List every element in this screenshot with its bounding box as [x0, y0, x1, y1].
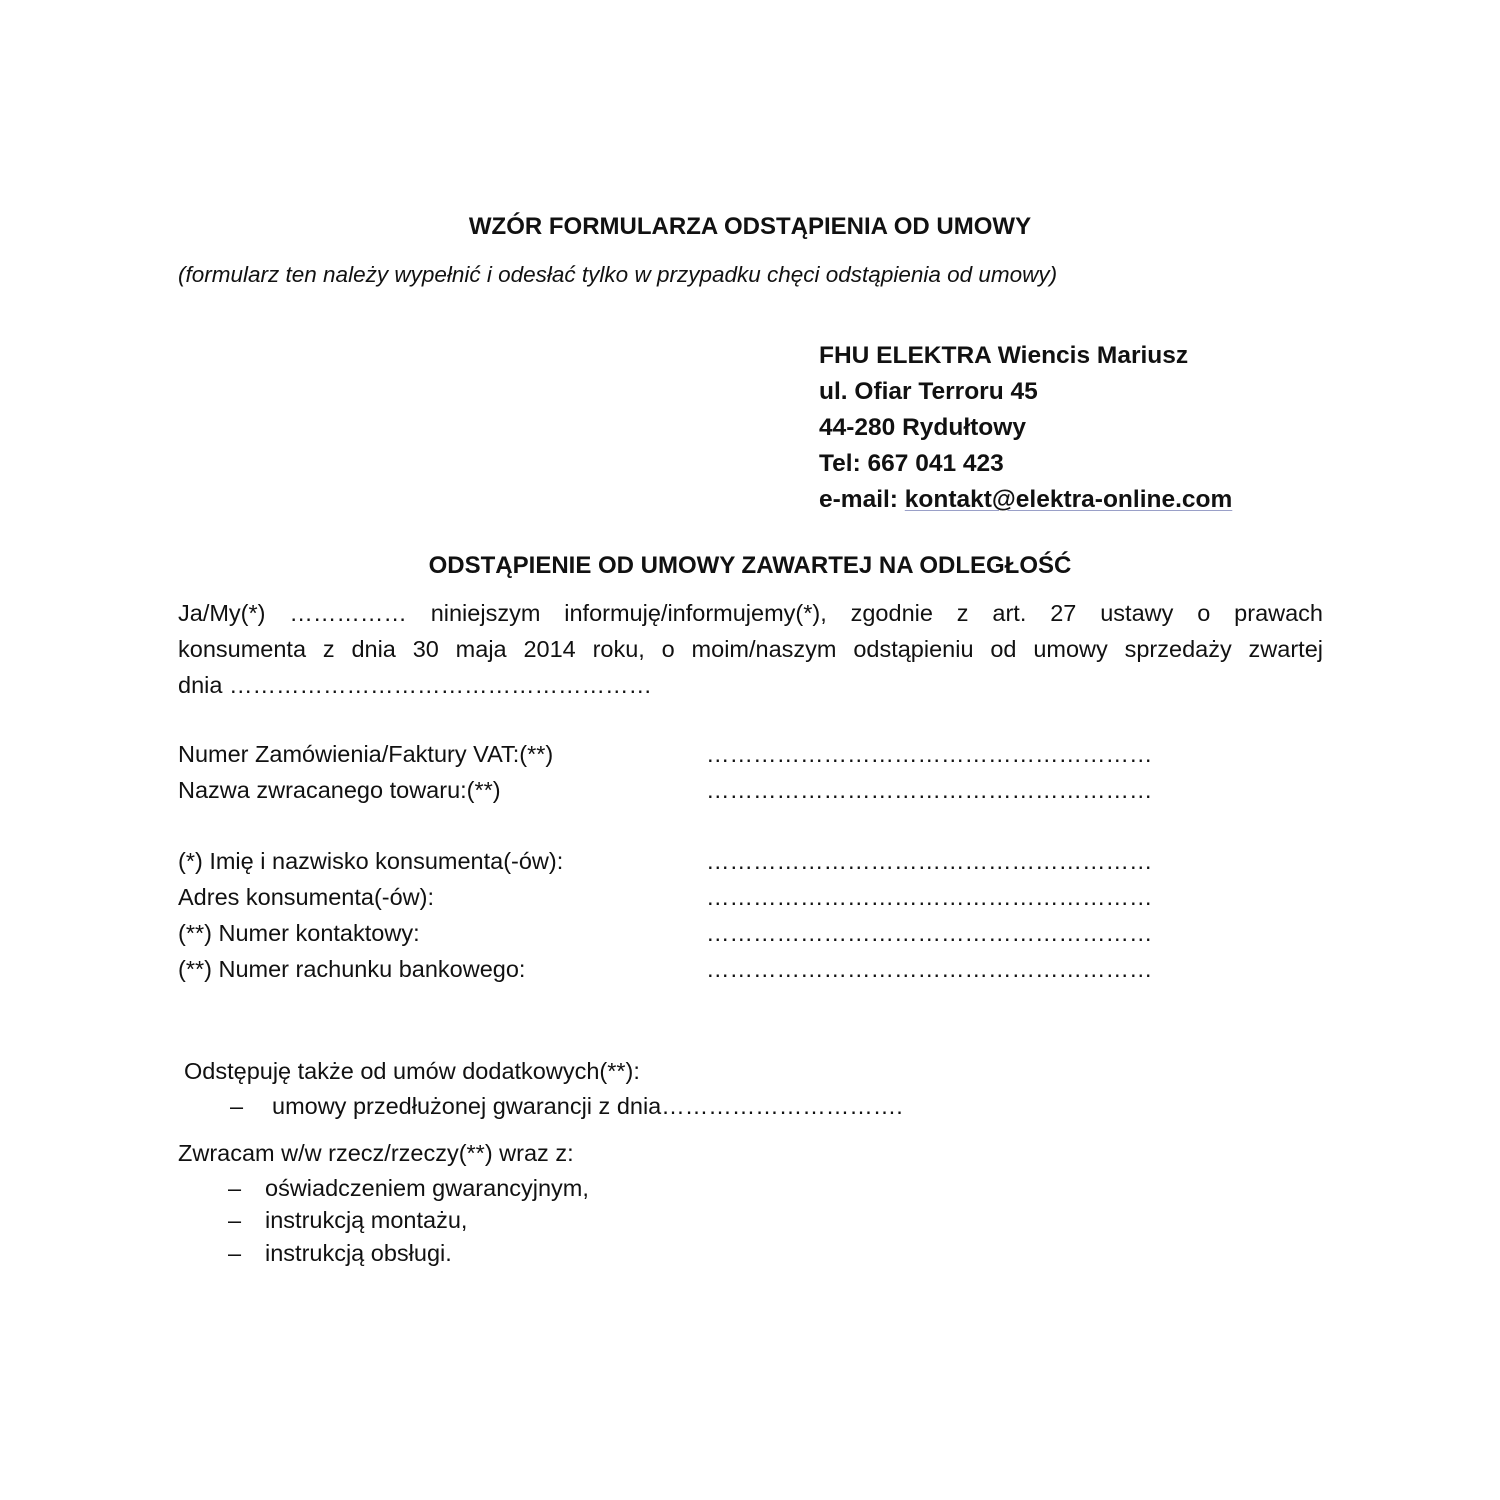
field-label-bank-account: (**) Numer rachunku bankowego:: [178, 956, 525, 983]
additional-item: umowy przedłużonej gwarancji z dnia………………: [272, 1093, 903, 1120]
recipient-phone: Tel: 667 041 423: [819, 446, 1232, 482]
field-value-consumer-name[interactable]: …………………………………………………: [706, 848, 1153, 875]
recipient-street: ul. Ofiar Terroru 45: [819, 374, 1232, 410]
additional-contracts-heading: Odstępuję także od umów dodatkowych(**):: [184, 1058, 640, 1085]
field-label-contact-number: (**) Numer kontaktowy:: [178, 920, 420, 947]
field-value-bank-account[interactable]: …………………………………………………: [706, 956, 1153, 983]
field-value-product-name[interactable]: …………………………………………………: [706, 777, 1153, 804]
declaration-paragraph: Ja/My(*) …………… niniejszym informuję/info…: [178, 595, 1323, 703]
recipient-address: FHU ELEKTRA Wiencis Mariusz ul. Ofiar Te…: [819, 338, 1232, 518]
returns-heading: Zwracam w/w rzecz/rzeczy(**) wraz z:: [178, 1140, 574, 1167]
field-value-consumer-address[interactable]: …………………………………………………: [706, 884, 1153, 911]
paragraph-line: dnia ………………………………………………: [178, 667, 1323, 703]
field-label-consumer-name: (*) Imię i nazwisko konsumenta(-ów):: [178, 848, 563, 875]
section-title: ODSTĄPIENIE OD UMOWY ZAWARTEJ NA ODLEGŁO…: [0, 552, 1500, 580]
recipient-name: FHU ELEKTRA Wiencis Mariusz: [819, 338, 1232, 374]
field-label-consumer-address: Adres konsumenta(-ów):: [178, 884, 434, 911]
paragraph-line: konsumenta z dnia 30 maja 2014 roku, o m…: [178, 631, 1323, 667]
document-title: WZÓR FORMULARZA ODSTĄPIENIA OD UMOWY: [0, 213, 1500, 241]
returns-item: instrukcją montażu,: [265, 1207, 467, 1234]
recipient-email-row: e-mail: kontakt@elektra-online.com: [819, 482, 1232, 518]
returns-item: instrukcją obsługi.: [265, 1240, 452, 1267]
field-value-contact-number[interactable]: …………………………………………………: [706, 920, 1153, 947]
recipient-city: 44-280 Rydułtowy: [819, 410, 1232, 446]
dash-bullet-icon: –: [230, 1093, 243, 1120]
dash-bullet-icon: –: [228, 1175, 241, 1202]
field-label-product-name: Nazwa zwracanego towaru:(**): [178, 777, 501, 804]
dash-bullet-icon: –: [228, 1240, 241, 1267]
email-link[interactable]: kontakt@elektra-online.com: [905, 486, 1233, 513]
dash-bullet-icon: –: [228, 1207, 241, 1234]
field-value-order-number[interactable]: …………………………………………………: [706, 741, 1153, 768]
field-label-order-number: Numer Zamówienia/Faktury VAT:(**): [178, 741, 553, 768]
returns-item: oświadczeniem gwarancyjnym,: [265, 1175, 589, 1202]
paragraph-line: Ja/My(*) …………… niniejszym informuję/info…: [178, 595, 1323, 631]
email-label: e-mail:: [819, 486, 905, 513]
document-subtitle: (formularz ten należy wypełnić i odesłać…: [178, 262, 1057, 288]
